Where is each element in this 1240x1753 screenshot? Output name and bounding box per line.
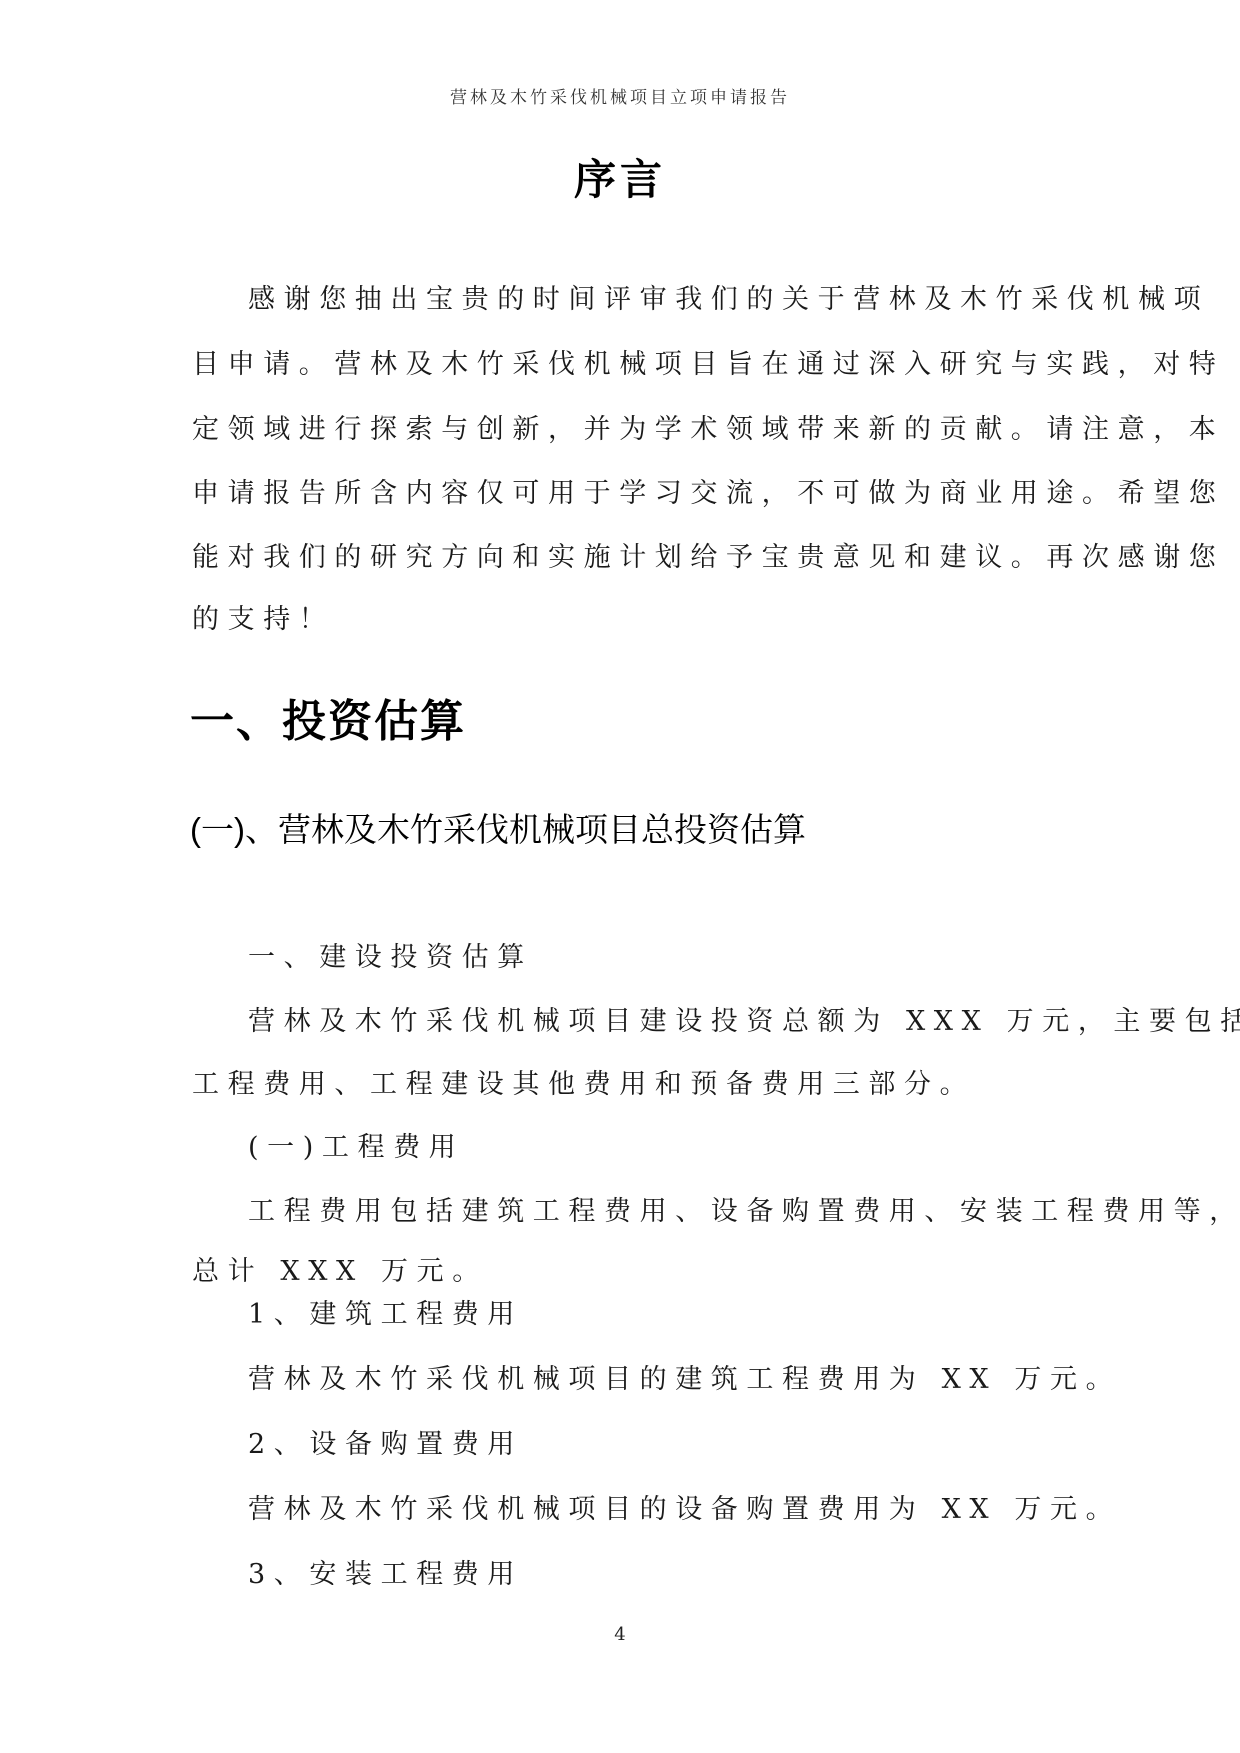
item-heading-construction-investment: 一、建设投资估算 (248, 938, 533, 978)
body-line: 营林及木竹采伐机械项目的设备购置费用为 XX 万元。 (248, 1490, 1121, 1530)
preface-line: 申请报告所含内容仅可用于学习交流，不可做为商业用途。希望您 (192, 474, 1224, 514)
body-line: 营林及木竹采伐机械项目的建筑工程费用为 XX 万元。 (248, 1360, 1121, 1400)
preface-line: 能对我们的研究方向和实施计划给予宝贵意见和建议。再次感谢您 (192, 538, 1224, 578)
item-heading-engineering-cost: (一)工程费用 (248, 1128, 464, 1168)
body-line: 工程费用、工程建设其他费用和预备费用三部分。 (192, 1065, 975, 1105)
section-heading-investment-estimate: 一、投资估算 (190, 692, 466, 752)
item-heading-installation-cost: 3、安装工程费用 (248, 1555, 523, 1595)
preface-title: 序言 (0, 152, 1240, 208)
body-line: 工程费用包括建筑工程费用、设备购置费用、安装工程费用等， (248, 1192, 1240, 1232)
preface-line: 目申请。营林及木竹采伐机械项目旨在通过深入研究与实践，对特 (192, 345, 1224, 385)
running-header: 营林及木竹采伐机械项目立项申请报告 (0, 86, 1240, 110)
body-line: 总计 XXX 万元。 (192, 1252, 488, 1292)
document-page: 营林及木竹采伐机械项目立项申请报告 序言 感谢您抽出宝贵的时间评审我们的关于营林… (0, 0, 1240, 1753)
preface-line: 的支持！ (192, 600, 334, 640)
body-line: 营林及木竹采伐机械项目建设投资总额为 XXX 万元，主要包括 (248, 1002, 1240, 1042)
item-heading-building-cost: 1、建筑工程费用 (248, 1295, 523, 1335)
preface-line: 定领域进行探索与创新，并为学术领域带来新的贡献。请注意，本 (192, 410, 1224, 450)
subsection-heading-total-investment: (一)、营林及木竹采伐机械项目总投资估算 (190, 806, 806, 854)
item-heading-equipment-cost: 2、设备购置费用 (248, 1425, 523, 1465)
page-number: 4 (0, 1622, 1240, 1648)
preface-line: 感谢您抽出宝贵的时间评审我们的关于营林及木竹采伐机械项 (248, 280, 1209, 320)
